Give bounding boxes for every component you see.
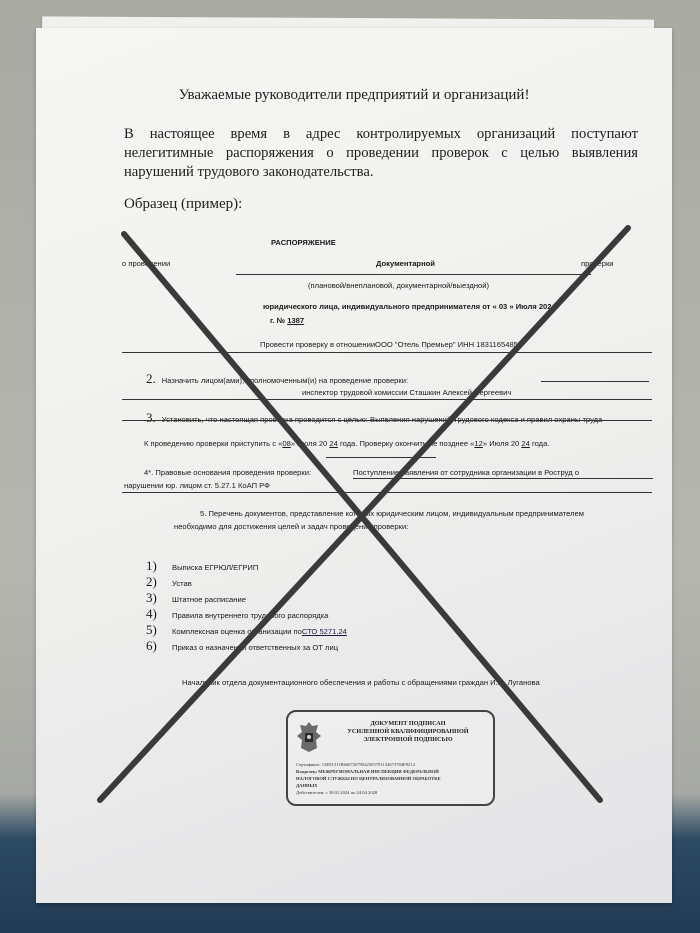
order-type-hint: (плановой/внеплановой, документарной/вые… [308,281,489,290]
signatory: Начальник отдела документационного обесп… [182,678,540,687]
list-number: 5) [146,622,172,638]
list-item: 4)Правила внутреннего трудового распоряд… [146,606,328,622]
order-check-type: Документарной [376,259,435,268]
order-number-prefix: г. № [270,316,285,325]
sample-label: Образец (пример): [124,196,242,213]
stamp-head-line: УСИЛЕННОЙ КВАЛИФИЦИРОВАННОЙ [328,728,488,736]
list-number: 1) [146,558,172,574]
stamp-validity: Действителен: с 30.01.2024 по 24.04.2028 [296,790,488,796]
order-number: г. № 1387 [270,316,304,325]
list-text: Устав [172,579,192,588]
start-day: 08 [282,439,290,448]
order-entity-line: юридического лица, индивидуального предп… [263,302,556,311]
list-text: Выписка ЕГРЮЛ/ЕГРИП [172,563,258,572]
order-item-5-line2: необходимо для достижения целей и задач … [174,522,408,531]
stamp-owner-2: НАЛОГОВОЙ СЛУЖБЫ ПО ЦЕНТРАЛИЗОВАННОЙ ОБР… [296,776,488,782]
list-item: 3)Штатное расписание [146,590,246,606]
date-text: » Июля 20 [483,439,519,448]
order-item-5-line1: 5. Перечень документов, представление ко… [200,509,584,518]
order-item-1: Провести проверку в отношенииООО "Отель … [260,340,518,349]
list-item: 2)Устав [146,574,192,590]
list-number: 4) [146,606,172,622]
document-page: Уважаемые руководители предприятий и орг… [36,28,672,903]
list-text: Комплексная оценка организации по [172,627,302,636]
list-number: 6) [146,638,172,654]
stamp-heading: ДОКУМЕНТ ПОДПИСАН УСИЛЕННОЙ КВАЛИФИЦИРОВ… [328,720,488,744]
inspector-name: инспектор трудовой комиссии Сташкин Алек… [302,388,511,397]
coat-of-arms-icon [296,720,322,754]
letter-title: Уважаемые руководители предприятий и орг… [36,87,672,104]
item-number: 2. [146,371,156,386]
order-line-left: о проведении [122,259,170,268]
rule [236,274,591,275]
e-signature-stamp: ДОКУМЕНТ ПОДПИСАН УСИЛЕННОЙ КВАЛИФИЦИРОВ… [286,710,495,806]
order-heading: РАСПОРЯЖЕНИЕ [271,238,336,247]
stamp-certificate: Сертификат: 12E81311B6607207902250579113… [296,762,488,768]
list-text: Приказ о назначении ответственных за ОТ … [172,643,338,652]
start-year: 24 [329,439,337,448]
list-text: Штатное расписание [172,595,246,604]
order-line-right: проверки [581,259,614,268]
rule [541,381,649,382]
rule [122,399,652,400]
list-item: 5)Комплексная оценка организации по СТО … [146,622,347,638]
end-day: 12 [474,439,482,448]
order-item-4-value: Поступление заявления от сотрудника орга… [353,468,579,477]
date-text: года. Проверку окончить не позднее « [340,439,474,448]
stamp-owner-1: Владелец: МЕЖРЕГИОНАЛЬНАЯ ИНСПЕКЦИЯ ФЕДЕ… [296,769,488,775]
end-year: 24 [521,439,529,448]
stamp-owner-3: ДАННЫХ [296,783,488,789]
list-text: Правила внутреннего трудового распорядка [172,611,328,620]
list-item: 1)Выписка ЕГРЮЛ/ЕГРИП [146,558,258,574]
date-text: К проведению проверки приступить с « [144,439,282,448]
inspection-dates: К проведению проверки приступить с «08» … [144,439,549,448]
rule [122,492,652,493]
list-number: 2) [146,574,172,590]
stamp-head-line: ДОКУМЕНТ ПОДПИСАН [328,720,488,728]
letter-intro: В настоящее время в адрес контролируемых… [124,125,638,182]
list-item: 6)Приказ о назначении ответственных за О… [146,638,338,654]
order-item-4-label: 4*. Правовые основания проведения провер… [144,468,311,477]
rule [326,457,436,458]
order-number-value: 1387 [287,316,304,325]
stamp-head-line: ЭЛЕКТРОННОЙ ПОДПИСЬЮ [328,736,488,744]
item-label: Назначить лицом(ами), уполномоченным(и) … [162,376,408,385]
order-item-3: 3.Установить, что настоящая проверка про… [146,410,602,426]
item-number: 3. [146,410,156,425]
standard-reference: СТО 5271.24 [302,627,347,636]
rule [122,352,652,353]
date-text: » Июля 20 [291,439,327,448]
rule [353,478,653,479]
list-number: 3) [146,590,172,606]
order-item-2: 2.Назначить лицом(ами), уполномоченным(и… [146,371,408,387]
order-item-4-cont: нарушении юр. лицом ст. 5.27.1 КоАП РФ [124,481,270,490]
date-text: года. [532,439,549,448]
rule [122,420,652,421]
